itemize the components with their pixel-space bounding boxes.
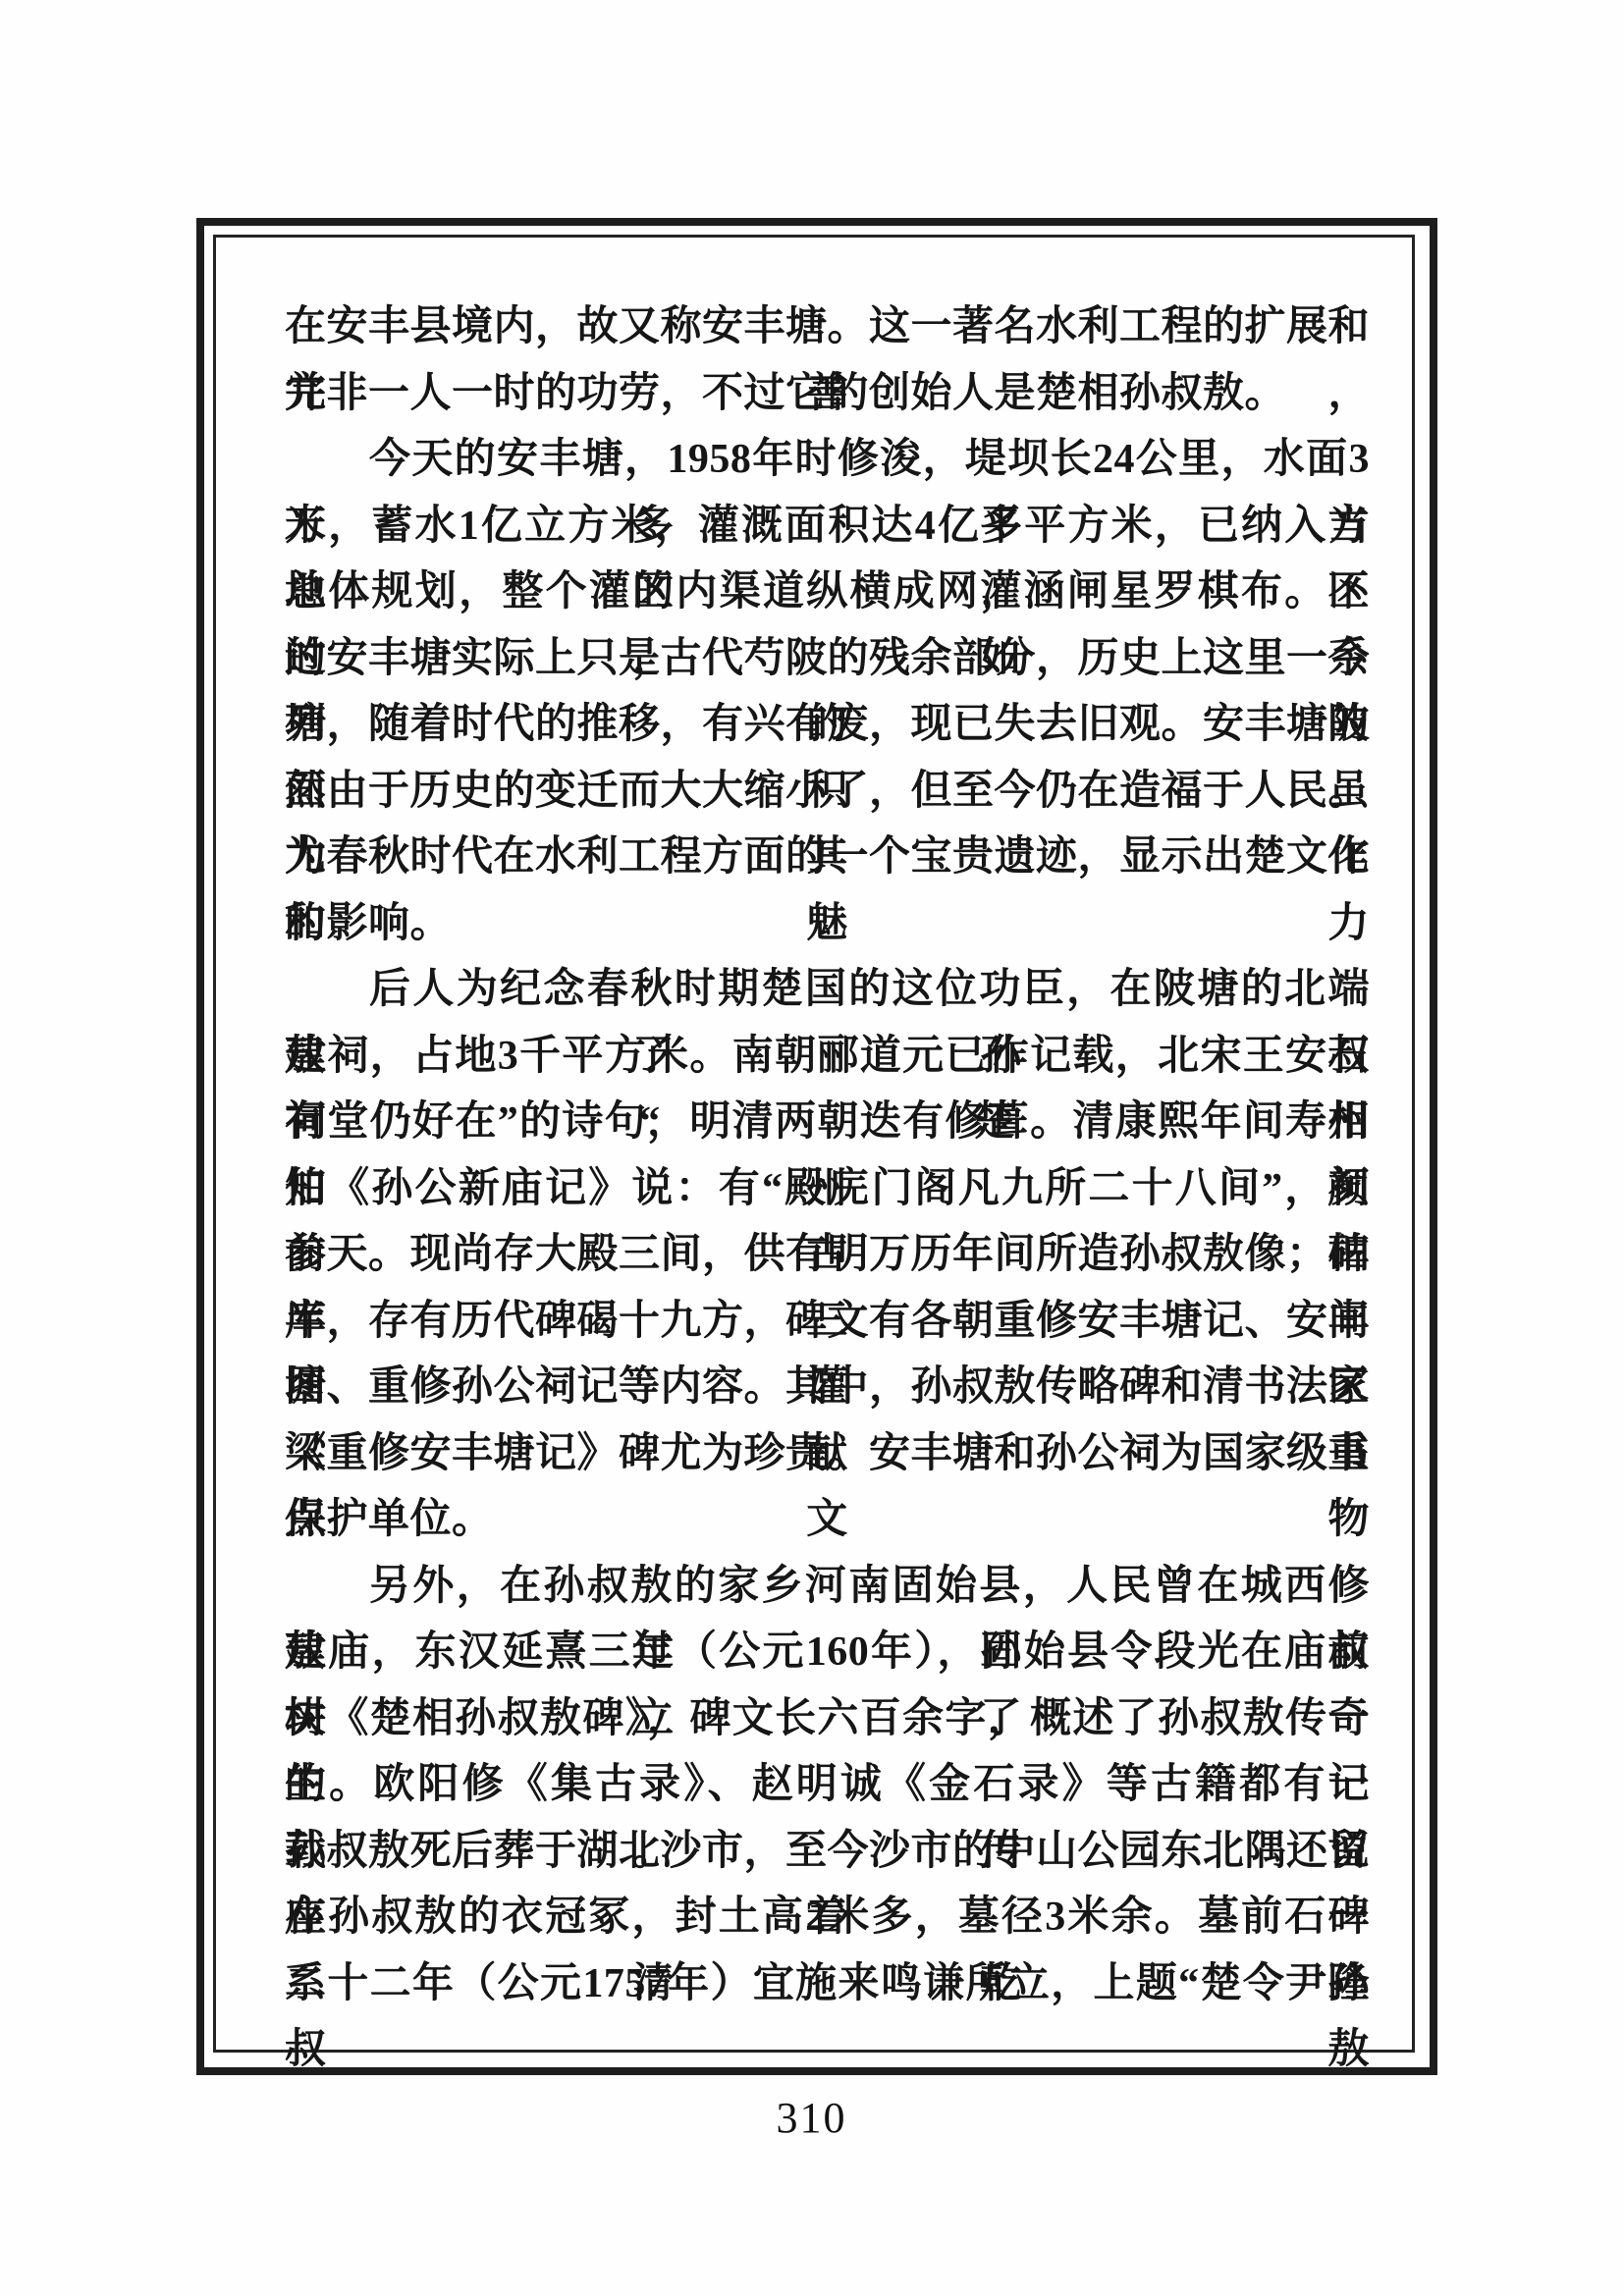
text-line: 在安丰县境内，故又称安丰塘。这一著名水利工程的扩展和完善， [285,294,1370,361]
text-line: 今天的安丰塘，1958年时修浚，堤坝长24公里，水面3万多平方 [285,427,1370,494]
text-line: 米，蓄水1亿立方米，灌溉面积达4亿多平方米，已纳入当地的灌区 [285,494,1370,561]
text-line: 祠堂仍好在”的诗句，明清两朝迭有修葺。清康熙年间寿州知州颜 [285,1090,1370,1156]
text-line: 参天。现尚存大殿三间，供有明万历年间所造孙叔敖像；碑库三间 [285,1222,1370,1289]
text-line: 生。欧阳修《集古录》、赵明诚《金石录》等古籍都有记载。传说 [285,1752,1370,1819]
text-line: 孙叔敖死后葬于湖北沙市，至今沙市的中山公园东北隅还留存着一 [285,1819,1370,1886]
text-line: 《重修安丰塘记》碑尤为珍贵。安丰塘和孙公祠为国家级重点文物 [285,1421,1370,1488]
text-line: 后人为纪念春秋时期楚国的这位功臣，在陂塘的北端建了孙叔 [285,957,1370,1024]
text-line: 并非一人一时的功劳，不过它的创始人是楚相孙叔敖。 [285,361,1370,428]
text-line: 另外，在孙叔敖的家乡河南固始县，人民曾在城西修建过孙叔 [285,1554,1370,1621]
text-line: 伯《孙公新庙记》说：有“殿庑门阁凡九所二十八间”，祠前古柏 [285,1156,1370,1223]
book-page: 在安丰县境内，故又称安丰塘。这一著名水利工程的扩展和完善，并非一人一时的功劳，不… [0,0,1623,2296]
text-line: 块《楚相孙叔敖碑》，碑文长六百余字，概述了孙叔敖传奇的一 [285,1686,1370,1753]
text-line: 总体规划，整个灌区内渠道纵横成网，涵闸星罗棋布。不过，如今 [285,560,1370,626]
text-line: 然由于历史的变迁而大大缩小了，但至今仍在造福于人民。尤其作 [285,759,1370,826]
body-text-block: 在安丰县境内，故又称安丰塘。这一著名水利工程的扩展和完善，并非一人一时的功劳，不… [285,294,1370,2017]
text-line: 图、重修孙公祠记等内容。其中，孙叔敖传略碑和清书法家梁献书 [285,1355,1370,1421]
page-number: 310 [0,2093,1623,2143]
text-line: 敖庙，东汉延熹三年（公元160年），固始县令段光在庙前树立了一 [285,1620,1370,1686]
text-line: 塘，随着时代的推移，有兴有废，现已失去旧观。安丰塘的面积虽 [285,692,1370,759]
text-line: 二十二年（公元1757年）宜施来鸣谦所立，上题“楚令尹孙叔敖 [285,1951,1370,2018]
text-line: 半，存有历代碑碣十九方，碑文有各朝重修安丰塘记、安丰塘灌区 [285,1289,1370,1356]
text-line: 为春秋时代在水利工程方面的一个宝贵遗迹，显示出楚文化的魅力 [285,825,1370,891]
text-line: 座孙叔敖的衣冠冢，封土高2米多，墓径3米余。墓前石碑系清乾隆 [285,1885,1370,1951]
text-line: 敖祠，占地3千平方米。南朝郦道元已作记载，北宋王安石有“楚相 [285,1024,1370,1091]
text-line: 的安丰塘实际上只是古代芍陂的残余部分，历史上这里一系列的陂 [285,626,1370,693]
